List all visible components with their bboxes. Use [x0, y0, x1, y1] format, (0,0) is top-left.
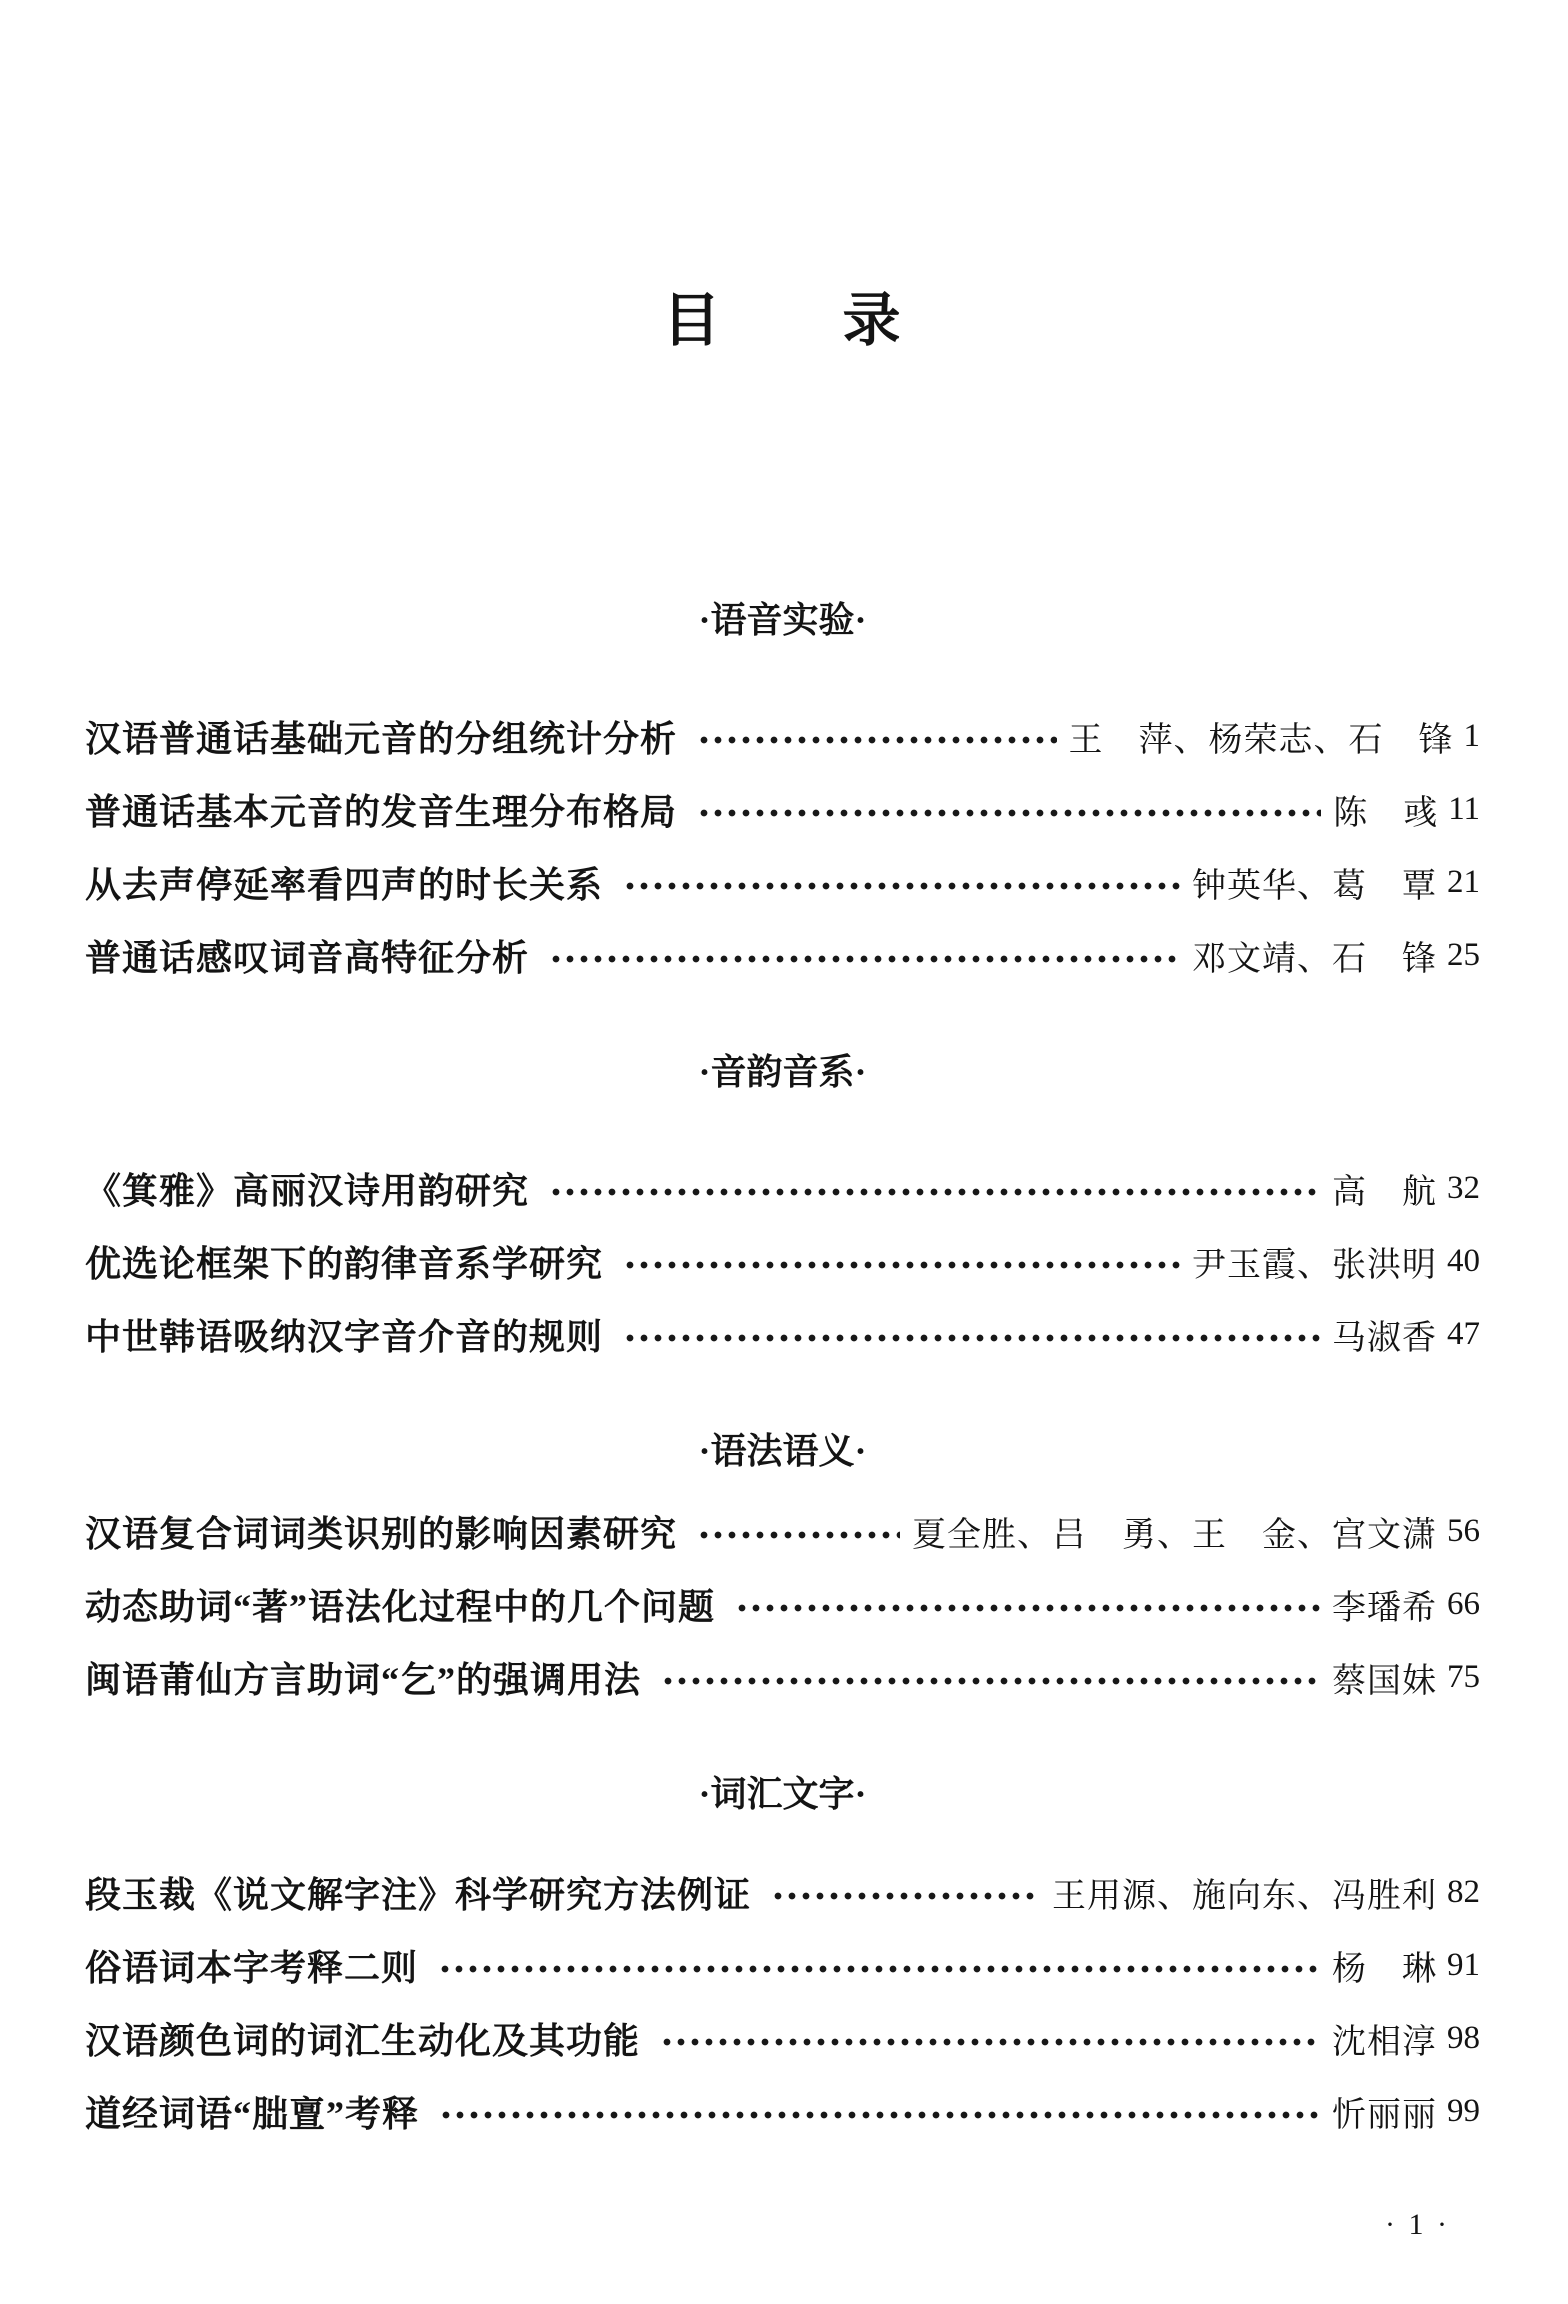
entry-page-number: 99 [1447, 2093, 1480, 2130]
entry-list: 汉语普通话基础元音的分组统计分析 王 萍、杨荣志、石 锋 1 普通话基本元音的发… [85, 700, 1480, 992]
entry-authors: 高 航 [1332, 1164, 1437, 1213]
folio-page-number: · 1 · [1385, 2208, 1450, 2242]
toc-entry: 汉语普通话基础元音的分组统计分析 王 萍、杨荣志、石 锋 1 [85, 700, 1480, 773]
entry-title: 动态助词“著”语法化过程中的几个问题 [85, 1579, 715, 1630]
entry-authors: 马淑香 [1332, 1310, 1437, 1359]
entry-list: 汉语复合词词类识别的影响因素研究 夏全胜、吕 勇、王 金、宫文潇 56 动态助词… [85, 1495, 1480, 1714]
entry-page-number: 66 [1447, 1586, 1480, 1623]
toc-entry: 段玉裁《说文解字注》科学研究方法例证 王用源、施向东、冯胜利 82 [85, 1856, 1480, 1929]
dotted-leader [697, 1514, 900, 1550]
entry-page-number: 82 [1447, 1874, 1480, 1911]
entry-authors: 尹玉霞、张洪明 [1192, 1237, 1437, 1286]
entry-authors: 钟英华、葛 覃 [1192, 858, 1437, 907]
entry-title: 段玉裁《说文解字注》科学研究方法例证 [85, 1867, 751, 1918]
entry-list: 《箕雅》高丽汉诗用韵研究 高 航 32 优选论框架下的韵律音系学研究 尹玉霞、张… [85, 1152, 1480, 1371]
entry-authors: 王用源、施向东、冯胜利 [1052, 1868, 1437, 1917]
dotted-leader [697, 792, 1321, 828]
entry-title: 汉语复合词词类识别的影响因素研究 [85, 1506, 677, 1557]
entry-page-number: 91 [1447, 1947, 1480, 1984]
entry-page-number: 11 [1448, 791, 1480, 828]
toc-entry: 优选论框架下的韵律音系学研究 尹玉霞、张洪明 40 [85, 1225, 1480, 1298]
entry-authors: 杨 琳 [1332, 1941, 1437, 1990]
toc-entry: 中世韩语吸纳汉字音介音的规则 马淑香 47 [85, 1298, 1480, 1371]
section-heading: ·音韵音系· [85, 1054, 1480, 1090]
dotted-leader [660, 2021, 1320, 2057]
dotted-leader [661, 1660, 1320, 1696]
entry-page-number: 25 [1447, 937, 1480, 974]
entry-authors: 沈相淳 [1332, 2014, 1437, 2063]
toc-entry: 汉语复合词词类识别的影响因素研究 夏全胜、吕 勇、王 金、宫文潇 56 [85, 1495, 1480, 1568]
dotted-leader [735, 1587, 1320, 1623]
entry-title: 普通话基本元音的发音生理分布格局 [85, 784, 677, 835]
entry-title: 汉语颜色词的词汇生动化及其功能 [85, 2013, 640, 2064]
entry-title: 汉语普通话基础元音的分组统计分析 [85, 711, 677, 762]
section-lexicon-script: ·词汇文字· 段玉裁《说文解字注》科学研究方法例证 王用源、施向东、冯胜利 82… [85, 1776, 1480, 2148]
entry-authors: 夏全胜、吕 勇、王 金、宫文潇 [912, 1507, 1437, 1556]
toc-entry: 道经词语“朏亶”考释 忻丽丽 99 [85, 2075, 1480, 2148]
entry-page-number: 98 [1447, 2020, 1480, 2057]
entry-page-number: 21 [1447, 864, 1480, 901]
toc-entry: 俗语词本字考释二则 杨 琳 91 [85, 1929, 1480, 2002]
toc-entry: 普通话基本元音的发音生理分布格局 陈 彧 11 [85, 773, 1480, 846]
entry-title: 俗语词本字考释二则 [85, 1940, 418, 1991]
section-heading: ·语音实验· [85, 602, 1480, 638]
dotted-leader [623, 1317, 1320, 1353]
page-title: 目 录 [85, 292, 1480, 350]
entry-title: 道经词语“朏亶”考释 [85, 2086, 419, 2137]
dotted-leader [623, 1244, 1180, 1280]
section-heading: ·语法语义· [85, 1433, 1480, 1469]
entry-title: 从去声停延率看四声的时长关系 [85, 857, 603, 908]
entry-title: 普通话感叹词音高特征分析 [85, 930, 529, 981]
entry-page-number: 32 [1447, 1170, 1480, 1207]
entry-page-number: 40 [1447, 1243, 1480, 1280]
entry-page-number: 47 [1447, 1316, 1480, 1353]
entry-authors: 李璠希 [1332, 1580, 1437, 1629]
entry-title: 闽语莆仙方言助词“乞”的强调用法 [85, 1652, 641, 1703]
entry-authors: 蔡国妹 [1332, 1653, 1437, 1702]
toc-entry: 动态助词“著”语法化过程中的几个问题 李璠希 66 [85, 1568, 1480, 1641]
toc-entry: 《箕雅》高丽汉诗用韵研究 高 航 32 [85, 1152, 1480, 1225]
entry-title: 《箕雅》高丽汉诗用韵研究 [85, 1163, 529, 1214]
dotted-leader [697, 719, 1056, 755]
entry-title: 优选论框架下的韵律音系学研究 [85, 1236, 603, 1287]
toc-entry: 普通话感叹词音高特征分析 邓文靖、石 锋 25 [85, 919, 1480, 992]
entry-page-number: 56 [1447, 1513, 1480, 1550]
entry-authors: 忻丽丽 [1332, 2087, 1437, 2136]
dotted-leader [439, 2094, 1320, 2130]
entry-title: 中世韩语吸纳汉字音介音的规则 [85, 1309, 603, 1360]
toc-entry: 从去声停延率看四声的时长关系 钟英华、葛 覃 21 [85, 846, 1480, 919]
section-grammar-semantics: ·语法语义· 汉语复合词词类识别的影响因素研究 夏全胜、吕 勇、王 金、宫文潇 … [85, 1433, 1480, 1714]
dotted-leader [623, 865, 1180, 901]
toc-page: 目 录 ·语音实验· 汉语普通话基础元音的分组统计分析 王 萍、杨荣志、石 锋 … [0, 0, 1568, 2304]
section-phonetic-experiments: ·语音实验· 汉语普通话基础元音的分组统计分析 王 萍、杨荣志、石 锋 1 普通… [85, 602, 1480, 992]
entry-authors: 邓文靖、石 锋 [1192, 931, 1437, 980]
entry-page-number: 75 [1447, 1659, 1480, 1696]
entry-authors: 陈 彧 [1333, 785, 1438, 834]
toc-entry: 汉语颜色词的词汇生动化及其功能 沈相淳 98 [85, 2002, 1480, 2075]
entry-list: 段玉裁《说文解字注》科学研究方法例证 王用源、施向东、冯胜利 82 俗语词本字考… [85, 1856, 1480, 2148]
dotted-leader [771, 1875, 1040, 1911]
section-heading: ·词汇文字· [85, 1776, 1480, 1812]
entry-authors: 王 萍、杨荣志、石 锋 [1069, 712, 1454, 761]
dotted-leader [549, 1171, 1320, 1207]
toc-entry: 闽语莆仙方言助词“乞”的强调用法 蔡国妹 75 [85, 1641, 1480, 1714]
entry-page-number: 1 [1464, 718, 1481, 755]
section-phonology: ·音韵音系· 《箕雅》高丽汉诗用韵研究 高 航 32 优选论框架下的韵律音系学研… [85, 1054, 1480, 1371]
dotted-leader [549, 938, 1180, 974]
dotted-leader [438, 1948, 1320, 1984]
